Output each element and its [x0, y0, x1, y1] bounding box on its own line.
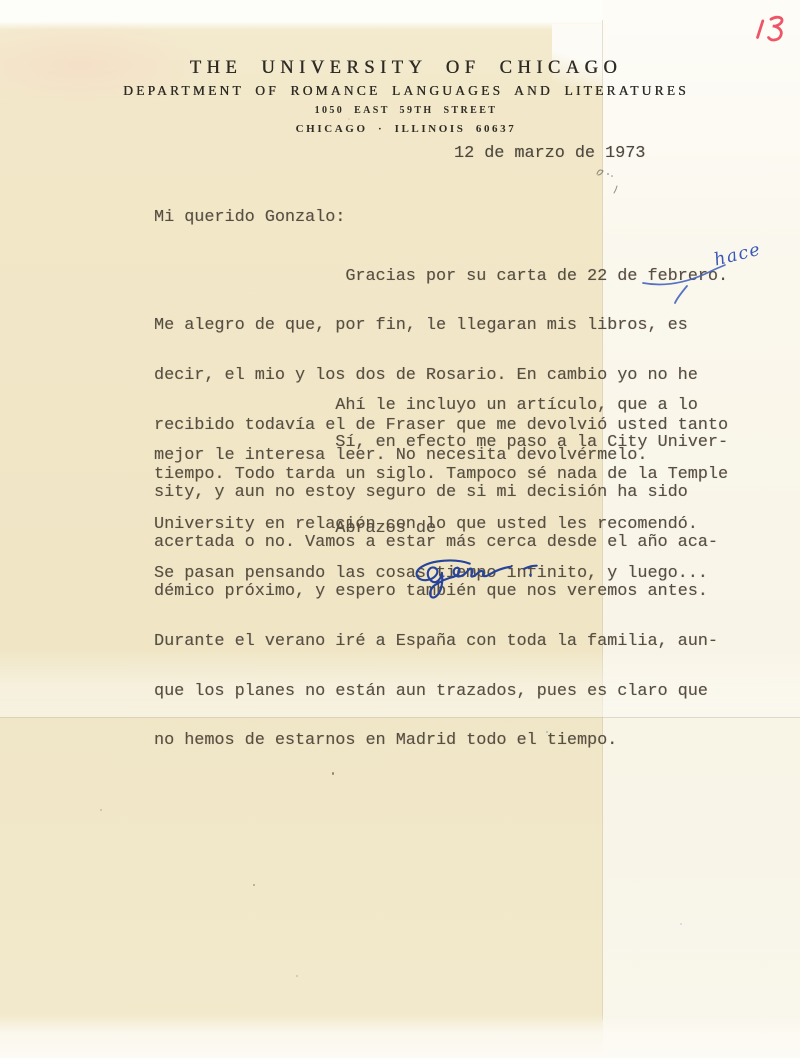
letter-scan: THE UNIVERSITY OF CHICAGO DEPARTMENT OF …	[0, 0, 800, 1058]
paper-speck	[348, 118, 350, 120]
letter-date: 12 de marzo de 1973	[454, 146, 645, 163]
typed-line: que los planes no están aun trazados, pu…	[154, 684, 728, 701]
letter-closing: Abrazos de	[154, 521, 436, 538]
paper-speck	[680, 923, 682, 925]
typed-line: Durante el verano iré a España con toda …	[154, 634, 728, 651]
letterhead-street-address: 1050 EAST 59TH STREET	[6, 106, 800, 116]
pencil-smudge	[594, 166, 626, 198]
scan-bottom-light-band	[0, 1014, 800, 1058]
typed-line: Me alegro de que, por fin, le llegaran m…	[154, 318, 728, 335]
typed-line: no hemos de estarnos en Madrid todo el t…	[154, 733, 728, 750]
paper-speck	[100, 809, 102, 811]
typed-line: Sí, en efecto me paso a la City Univer-	[154, 435, 728, 452]
paper-speck	[296, 975, 298, 977]
letterhead-city-line: CHICAGO · ILLINOIS 60637	[6, 124, 800, 135]
insertion-caret-mark	[674, 285, 690, 305]
letterhead-university-name: THE UNIVERSITY OF CHICAGO	[6, 59, 800, 78]
typed-line: sity, y aun no estoy seguro de si mi dec…	[154, 485, 728, 502]
paper-speck	[253, 884, 255, 886]
letter-greeting: Mi querido Gonzalo:	[154, 210, 345, 227]
signature-scribble	[411, 555, 547, 599]
page-number-mark	[751, 11, 794, 47]
letterhead-department-name: DEPARTMENT OF ROMANCE LANGUAGES AND LITE…	[6, 84, 800, 98]
